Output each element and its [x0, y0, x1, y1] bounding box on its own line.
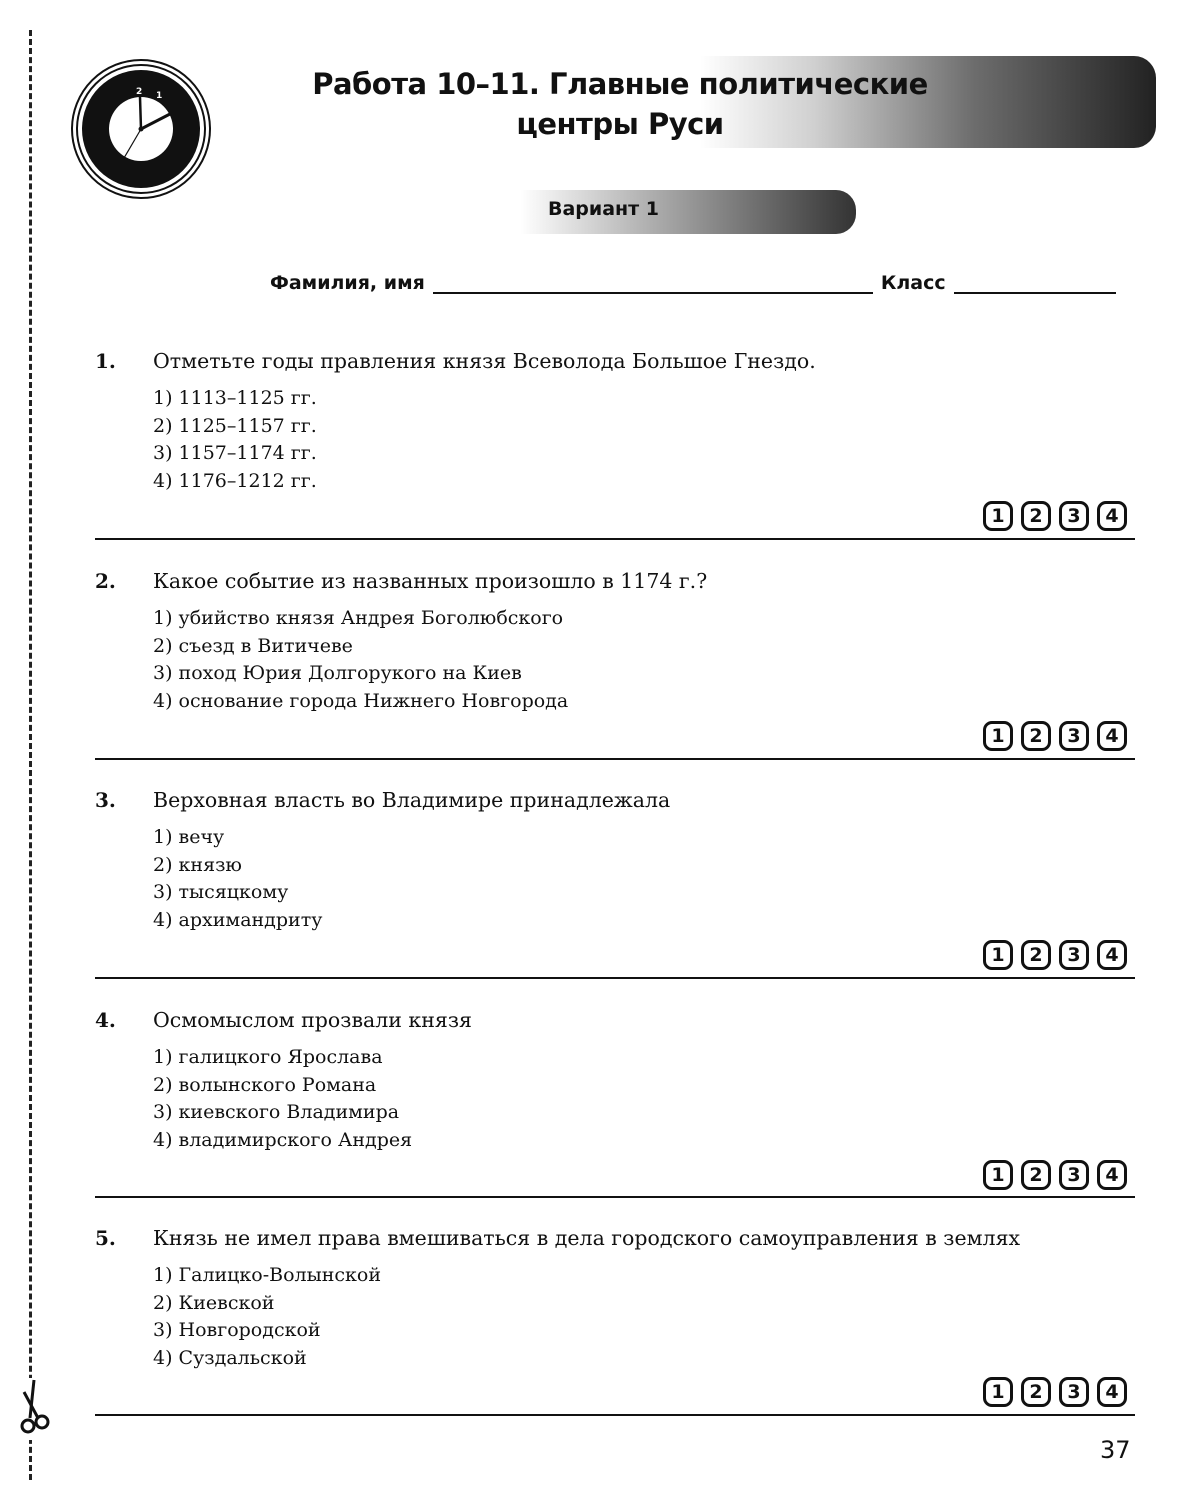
question-number: 3. — [95, 788, 116, 812]
option-3: 3) поход Юрия Долгорукого на Киев — [153, 660, 568, 688]
answer-box-2[interactable]: 2 — [1021, 501, 1051, 531]
question-4: 4. Осмомыслом прозвали князя 1) галицког… — [95, 1008, 1135, 1200]
option-3: 3) тысяцкому — [153, 879, 322, 907]
option-3: 3) Новгородской — [153, 1317, 381, 1345]
answer-box-4[interactable]: 4 — [1097, 1160, 1127, 1190]
answer-box-1[interactable]: 1 — [983, 1377, 1013, 1407]
answer-boxes: 1 2 3 4 — [983, 501, 1127, 531]
variant-label: Вариант 1 — [548, 198, 659, 220]
options-list: 1) Галицко-Волынской 2) Киевской 3) Новг… — [153, 1262, 381, 1372]
question-number: 2. — [95, 569, 116, 593]
option-3: 3) киевского Владимира — [153, 1099, 412, 1127]
answer-boxes: 1 2 3 4 — [983, 1160, 1127, 1190]
options-list: 1) галицкого Ярослава 2) волынского Рома… — [153, 1044, 412, 1154]
answer-boxes: 1 2 3 4 — [983, 940, 1127, 970]
question-text: Какое событие из названных произошло в 1… — [153, 569, 707, 593]
name-field[interactable] — [433, 266, 873, 294]
divider — [95, 538, 1135, 540]
student-info-row: Фамилия, имя Класс — [270, 262, 1136, 294]
option-4: 4) архимандриту — [153, 907, 322, 935]
answer-box-2[interactable]: 2 — [1021, 721, 1051, 751]
page-number: 37 — [1100, 1436, 1131, 1464]
svg-text:2: 2 — [136, 87, 142, 97]
option-1: 1) вечу — [153, 824, 322, 852]
option-3: 3) 1157–1174 гг. — [153, 440, 317, 468]
answer-box-4[interactable]: 4 — [1097, 721, 1127, 751]
option-1: 1) 1113–1125 гг. — [153, 385, 317, 413]
options-list: 1) вечу 2) князю 3) тысяцкому 4) архиман… — [153, 824, 322, 934]
question-1: 1. Отметьте годы правления князя Всеволо… — [95, 349, 1135, 541]
answer-box-1[interactable]: 1 — [983, 721, 1013, 751]
title-line-2: центры Руси — [280, 104, 960, 144]
question-number: 5. — [95, 1226, 116, 1250]
question-text: Князь не имел права вмешиваться в дела г… — [153, 1226, 1020, 1250]
answer-box-3[interactable]: 3 — [1059, 1377, 1089, 1407]
cut-line — [29, 30, 32, 1480]
question-3: 3. Верховная власть во Владимире принадл… — [95, 788, 1135, 980]
question-5: 5. Князь не имел права вмешиваться в дел… — [95, 1226, 1135, 1418]
option-2: 2) волынского Романа — [153, 1072, 412, 1100]
option-4: 4) владимирского Андрея — [153, 1127, 412, 1155]
answer-box-2[interactable]: 2 — [1021, 940, 1051, 970]
answer-box-3[interactable]: 3 — [1059, 721, 1089, 751]
question-number: 4. — [95, 1008, 116, 1032]
option-2: 2) Киевской — [153, 1290, 381, 1318]
option-1: 1) убийство князя Андрея Боголюбского — [153, 605, 568, 633]
option-4: 4) основание города Нижнего Новгорода — [153, 688, 568, 716]
answer-box-3[interactable]: 3 — [1059, 1160, 1089, 1190]
answer-box-3[interactable]: 3 — [1059, 501, 1089, 531]
divider — [95, 1414, 1135, 1416]
options-list: 1) 1113–1125 гг. 2) 1125–1157 гг. 3) 115… — [153, 385, 317, 495]
answer-boxes: 1 2 3 4 — [983, 721, 1127, 751]
question-number: 1. — [95, 349, 116, 373]
name-label: Фамилия, имя — [270, 272, 425, 294]
answer-box-1[interactable]: 1 — [983, 501, 1013, 531]
answer-box-4[interactable]: 4 — [1097, 1377, 1127, 1407]
page-title: Работа 10–11. Главные политические центр… — [280, 64, 960, 144]
divider — [95, 977, 1135, 979]
options-list: 1) убийство князя Андрея Боголюбского 2)… — [153, 605, 568, 715]
option-2: 2) 1125–1157 гг. — [153, 413, 317, 441]
option-2: 2) съезд в Витичеве — [153, 633, 568, 661]
class-label: Класс — [881, 272, 946, 294]
answer-box-3[interactable]: 3 — [1059, 940, 1089, 970]
question-2: 2. Какое событие из названных произошло … — [95, 569, 1135, 761]
answer-box-1[interactable]: 1 — [983, 1160, 1013, 1190]
option-2: 2) князю — [153, 852, 322, 880]
option-4: 4) Суздальской — [153, 1345, 381, 1373]
question-text: Осмомыслом прозвали князя — [153, 1008, 472, 1032]
clock-icon: 2 1 — [70, 58, 212, 200]
option-1: 1) Галицко-Волынской — [153, 1262, 381, 1290]
answer-box-2[interactable]: 2 — [1021, 1377, 1051, 1407]
answer-boxes: 1 2 3 4 — [983, 1377, 1127, 1407]
class-field[interactable] — [954, 266, 1116, 294]
question-text: Отметьте годы правления князя Всеволода … — [153, 349, 816, 373]
answer-box-4[interactable]: 4 — [1097, 501, 1127, 531]
option-4: 4) 1176–1212 гг. — [153, 468, 317, 496]
question-text: Верховная власть во Владимире принадлежа… — [153, 788, 670, 812]
title-line-1: Работа 10–11. Главные политические — [312, 67, 928, 101]
divider — [95, 758, 1135, 760]
answer-box-2[interactable]: 2 — [1021, 1160, 1051, 1190]
answer-box-4[interactable]: 4 — [1097, 940, 1127, 970]
answer-box-1[interactable]: 1 — [983, 940, 1013, 970]
svg-text:1: 1 — [156, 91, 162, 101]
scissors-icon — [14, 1378, 54, 1440]
option-1: 1) галицкого Ярослава — [153, 1044, 412, 1072]
divider — [95, 1196, 1135, 1198]
